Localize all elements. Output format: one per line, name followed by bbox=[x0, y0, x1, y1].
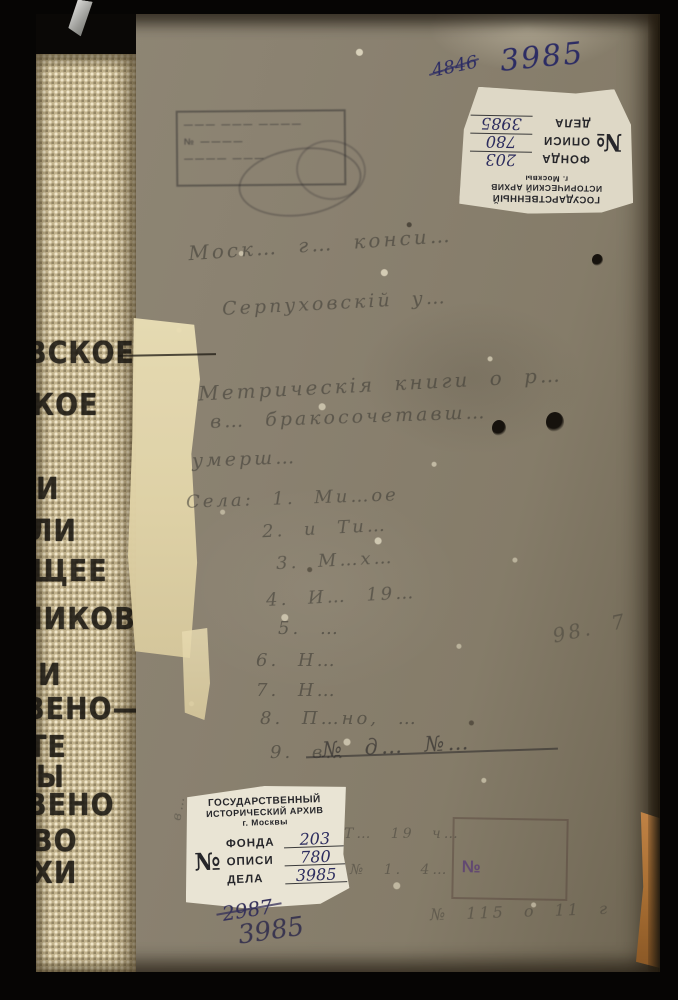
cover-right-edge bbox=[648, 14, 660, 972]
handwriting-line: умерш… bbox=[192, 446, 298, 472]
spine-fragment: ВЕНО— bbox=[36, 692, 136, 727]
delo-value: 3985 bbox=[470, 115, 532, 132]
handwriting-line: 8. П…но, … bbox=[260, 708, 419, 729]
book-spine: ВСКОЕ КОЕ И ЛИ ЩЕЕ НИКОВО И ВЕНО— ТЕ Ы В… bbox=[36, 54, 136, 972]
spine-fragment: И bbox=[38, 658, 62, 693]
spine-fragment: КОЕ bbox=[36, 388, 98, 423]
handwriting-line: 6. Н… bbox=[256, 650, 338, 671]
fond-label: ФОНДА bbox=[532, 152, 590, 165]
pencil-scrawl: № 1. 4… bbox=[350, 862, 449, 878]
spine-fragment: ВЕНО bbox=[36, 788, 115, 823]
tape-strip bbox=[128, 318, 200, 658]
spine-fragment: И bbox=[36, 472, 60, 507]
ink-blot bbox=[592, 254, 603, 266]
pencil-scrawl: Т… 19 ч… bbox=[344, 826, 461, 842]
opis-value: 780 bbox=[284, 848, 347, 866]
spine-fragment: НИКОВО bbox=[36, 602, 136, 637]
spine-fragment: ЛИ bbox=[36, 514, 77, 549]
fond-value: 203 bbox=[284, 830, 347, 848]
number-symbol: № bbox=[194, 846, 221, 876]
opis-value: 780 bbox=[470, 133, 532, 150]
handwriting-line: 5. … bbox=[278, 618, 341, 639]
photo-backdrop: ВСКОЕ КОЕ И ЛИ ЩЕЕ НИКОВО И ВЕНО— ТЕ Ы В… bbox=[0, 0, 678, 1000]
spine-fragment: ЩЕЕ bbox=[36, 554, 108, 589]
spine-fragment: ВО bbox=[36, 824, 78, 859]
opis-label: ОПИСИ bbox=[532, 134, 590, 147]
handwriting-line: 7. Н… bbox=[256, 680, 338, 701]
stamp-line: ——— ——— ———— bbox=[184, 115, 338, 133]
delo-value: 3985 bbox=[285, 866, 348, 884]
ink-blot bbox=[492, 420, 506, 436]
fond-value: 203 bbox=[470, 151, 532, 168]
spine-fragment: ХИ bbox=[36, 856, 77, 891]
number-symbol: № bbox=[462, 857, 481, 877]
number-symbol: № bbox=[596, 128, 623, 157]
opis-label: ОПИСИ bbox=[226, 854, 284, 868]
ink-blot bbox=[546, 412, 564, 432]
fond-label: ФОНДА bbox=[226, 836, 284, 850]
delo-label: ДЕЛА bbox=[532, 116, 590, 129]
archive-label-bottom: ГОСУДАРСТВЕННЫЙ ИСТОРИЧЕСКИЙ АРХИВ г. Мо… bbox=[182, 783, 350, 911]
delo-label: ДЕЛА bbox=[227, 872, 285, 886]
spine-fragment: ВСКОЕ bbox=[36, 336, 135, 371]
archive-label-upside-down: ГОСУДАРСТВЕННЫЙ ИСТОРИЧЕСКИЙ АРХИВ г. Мо… bbox=[459, 86, 635, 215]
faded-stamp-bottom-right: № bbox=[451, 817, 568, 901]
tape-strip-small bbox=[182, 628, 210, 720]
